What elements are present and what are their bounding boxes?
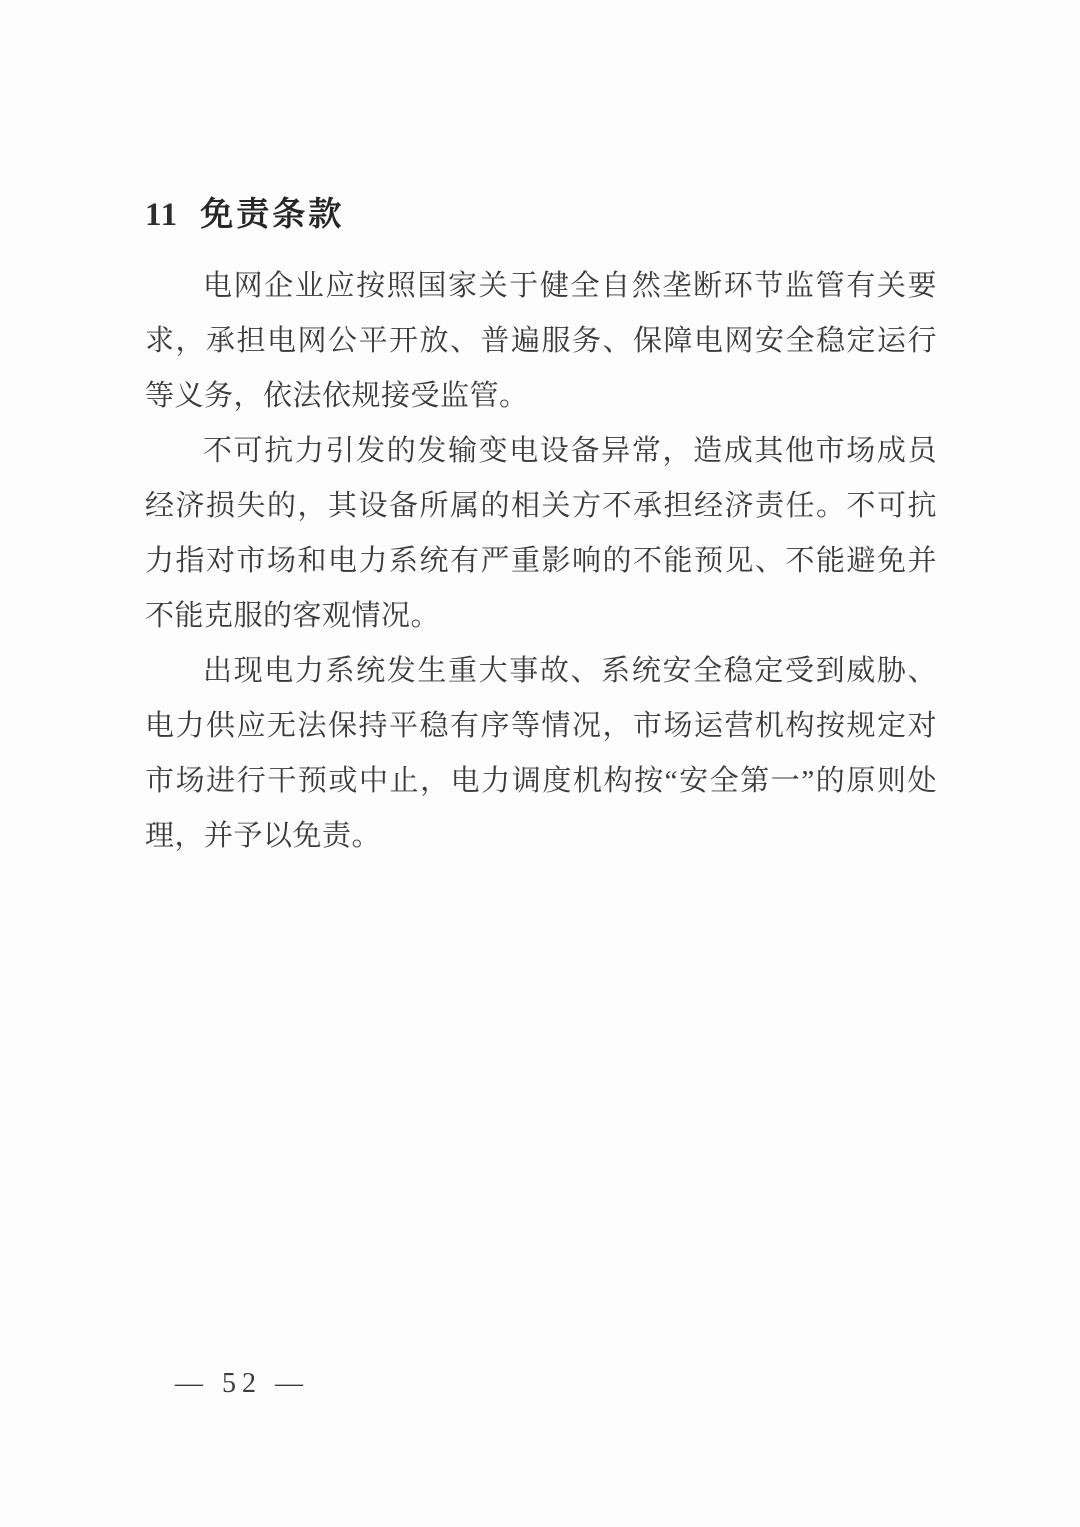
- page-content: 11 免责条款 电网企业应按照国家关于健全自然垄断环节监管有关要求，承担电网公平…: [145, 188, 937, 864]
- page-number: — 52 —: [175, 1368, 309, 1400]
- section-title: 免责条款: [200, 188, 344, 235]
- paragraph: 电网企业应按照国家关于健全自然垄断环节监管有关要求，承担电网公平开放、普遍服务、…: [145, 259, 937, 424]
- paragraph: 不可抗力引发的发输变电设备异常，造成其他市场成员经济损失的，其设备所属的相关方不…: [145, 424, 937, 644]
- document-page: 11 免责条款 电网企业应按照国家关于健全自然垄断环节监管有关要求，承担电网公平…: [0, 0, 1080, 1527]
- section-heading: 11 免责条款: [145, 188, 937, 235]
- body-text: 电网企业应按照国家关于健全自然垄断环节监管有关要求，承担电网公平开放、普遍服务、…: [145, 259, 937, 864]
- paragraph: 出现电力系统发生重大事故、系统安全稳定受到威胁、电力供应无法保持平稳有序等情况，…: [145, 644, 937, 864]
- section-number: 11: [145, 197, 178, 234]
